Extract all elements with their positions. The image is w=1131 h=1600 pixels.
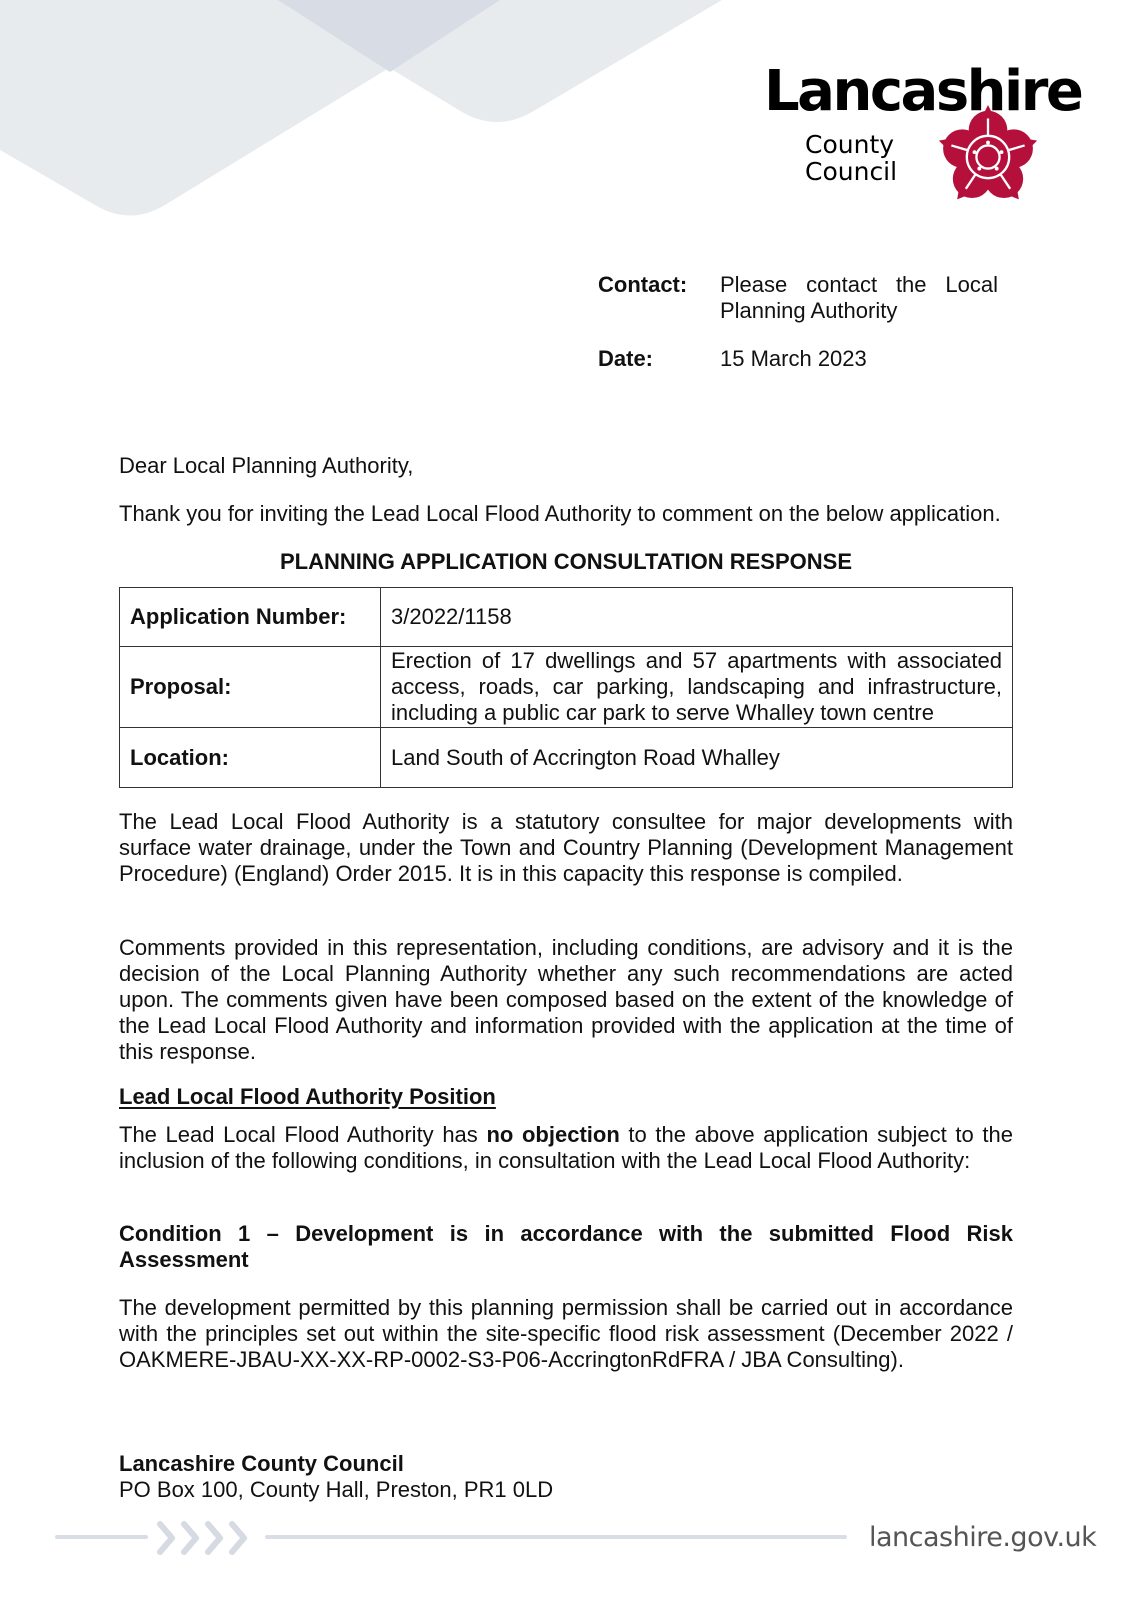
position-heading-text: Lead Local Flood Authority Position <box>119 1084 496 1109</box>
footer-rule-left <box>55 1535 148 1539</box>
no-objection-text: no objection <box>486 1122 619 1147</box>
application-number-label: Application Number: <box>120 588 381 647</box>
table-row: Proposal: Erection of 17 dwellings and 5… <box>120 647 1013 728</box>
condition-1-text: The development permitted by this planni… <box>119 1295 1013 1373</box>
position-heading: Lead Local Flood Authority Position <box>119 1084 1013 1110</box>
date-value: 15 March 2023 <box>720 346 998 372</box>
condition-1-heading: Condition 1 – Development is in accordan… <box>119 1221 1013 1273</box>
footer-website-link[interactable]: lancashire.gov.uk <box>869 1522 1096 1554</box>
date-label: Date: <box>598 346 720 372</box>
chevrons-icon <box>156 1520 256 1556</box>
position-text-before: The Lead Local Flood Authority has <box>119 1122 486 1147</box>
salutation: Dear Local Planning Authority, <box>119 453 1013 479</box>
footer-rule-right <box>265 1535 847 1539</box>
signature-org: Lancashire County Council <box>119 1451 553 1477</box>
contact-value: Please contact the Local Planning Author… <box>720 272 998 324</box>
position-paragraph: The Lead Local Flood Authority has no ob… <box>119 1122 1013 1174</box>
signature-block: Lancashire County Council PO Box 100, Co… <box>119 1451 553 1503</box>
signature-address: PO Box 100, County Hall, Preston, PR1 0L… <box>119 1477 553 1503</box>
contact-label: Contact: <box>598 272 720 324</box>
contact-row: Contact: Please contact the Local Planni… <box>598 272 998 324</box>
proposal-label: Proposal: <box>120 647 381 728</box>
location-label: Location: <box>120 728 381 788</box>
table-row: Application Number: 3/2022/1158 <box>120 588 1013 647</box>
table-row: Location: Land South of Accrington Road … <box>120 728 1013 788</box>
advisory-paragraph: Comments provided in this representation… <box>119 935 1013 1065</box>
proposal-value: Erection of 17 dwellings and 57 apartmen… <box>381 647 1013 728</box>
intro-paragraph: Thank you for inviting the Lead Local Fl… <box>119 501 1013 527</box>
location-value: Land South of Accrington Road Whalley <box>381 728 1013 788</box>
lancashire-county-council-logo: Lancashire County Council <box>760 62 1070 212</box>
date-row: Date: 15 March 2023 <box>598 346 998 372</box>
red-rose-icon <box>934 104 1042 210</box>
logo-subtitle-council: Council <box>805 159 897 185</box>
application-number-value: 3/2022/1158 <box>381 588 1013 647</box>
statutory-consultee-paragraph: The Lead Local Flood Authority is a stat… <box>119 809 1013 887</box>
logo-subtitle-county: County <box>805 132 894 158</box>
application-details-table: Application Number: 3/2022/1158 Proposal… <box>119 587 1013 788</box>
document-title: PLANNING APPLICATION CONSULTATION RESPON… <box>119 549 1013 575</box>
contact-date-block: Contact: Please contact the Local Planni… <box>598 272 998 372</box>
